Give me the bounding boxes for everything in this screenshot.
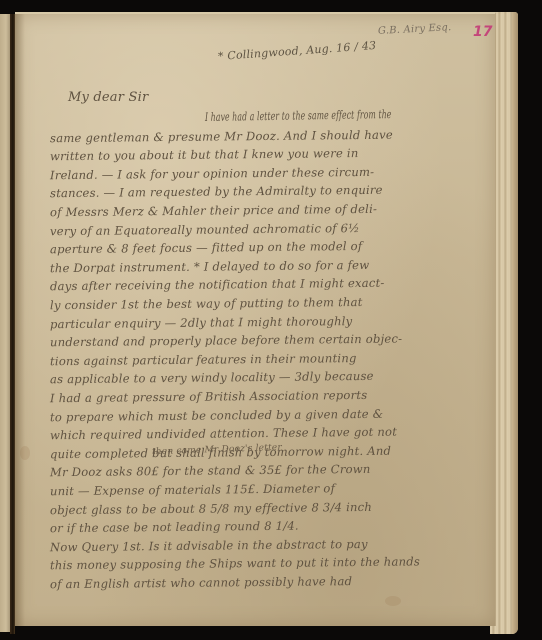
facing-page-edge	[0, 14, 10, 632]
folio-number: 17	[473, 24, 492, 40]
paper-stain	[20, 446, 30, 460]
paper-stain	[385, 596, 401, 606]
scan-viewer: G.B. Airy Esq. 17 * Collingwood, Aug. 16…	[0, 0, 542, 640]
letter-salutation: My dear Sir	[68, 90, 148, 105]
